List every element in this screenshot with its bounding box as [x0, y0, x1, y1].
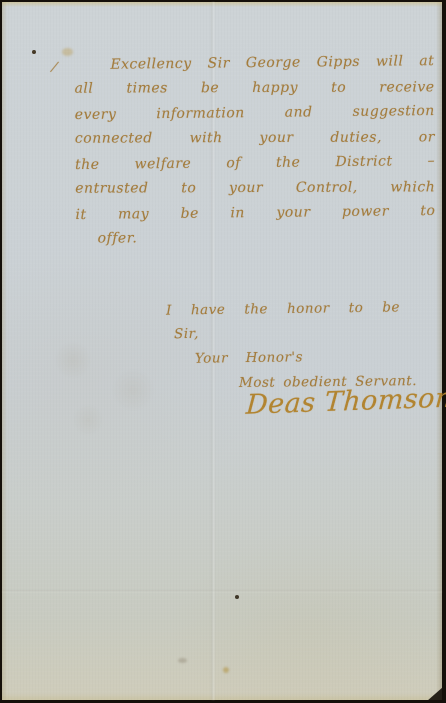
letter-line: entrusted to your Control, which	[75, 175, 435, 201]
letter-body: Excellency Sir George Gipps will at all …	[74, 50, 435, 253]
letter-line: offer.	[98, 225, 436, 251]
letter-line: Excellency Sir George Gipps will at	[110, 49, 434, 78]
ink-speck-top-left	[32, 50, 36, 54]
letter-line: all times be happy to receive	[75, 75, 435, 101]
foxing-stain-bottom	[223, 667, 229, 673]
margin-tick-mark: /	[51, 61, 55, 74]
closing-line-your-honors: Your Honor's	[195, 349, 303, 367]
foxing-stain-top	[62, 48, 73, 56]
letter-line: it may be in your power to	[75, 199, 435, 228]
letter-line: the welfare of the District –	[75, 149, 435, 178]
smudge-bottom	[178, 658, 187, 663]
horizontal-crease	[2, 590, 442, 593]
manuscript-page: / Excellency Sir George Gipps will at al…	[2, 2, 442, 700]
closing-line-honor: I have the honor to be	[166, 299, 400, 318]
bottom-right-corner-cut	[427, 687, 443, 701]
ink-showthrough-stain	[28, 324, 178, 444]
closing-line-sir: Sir,	[174, 326, 199, 342]
letter-line: connected with your duties, or	[75, 125, 435, 151]
photo-frame: / Excellency Sir George Gipps will at al…	[0, 0, 446, 703]
ink-speck-bottom	[235, 595, 239, 599]
letter-line: every information and suggestion	[75, 99, 435, 128]
signature-deas-thomson: Deas Thomson.	[245, 382, 446, 421]
